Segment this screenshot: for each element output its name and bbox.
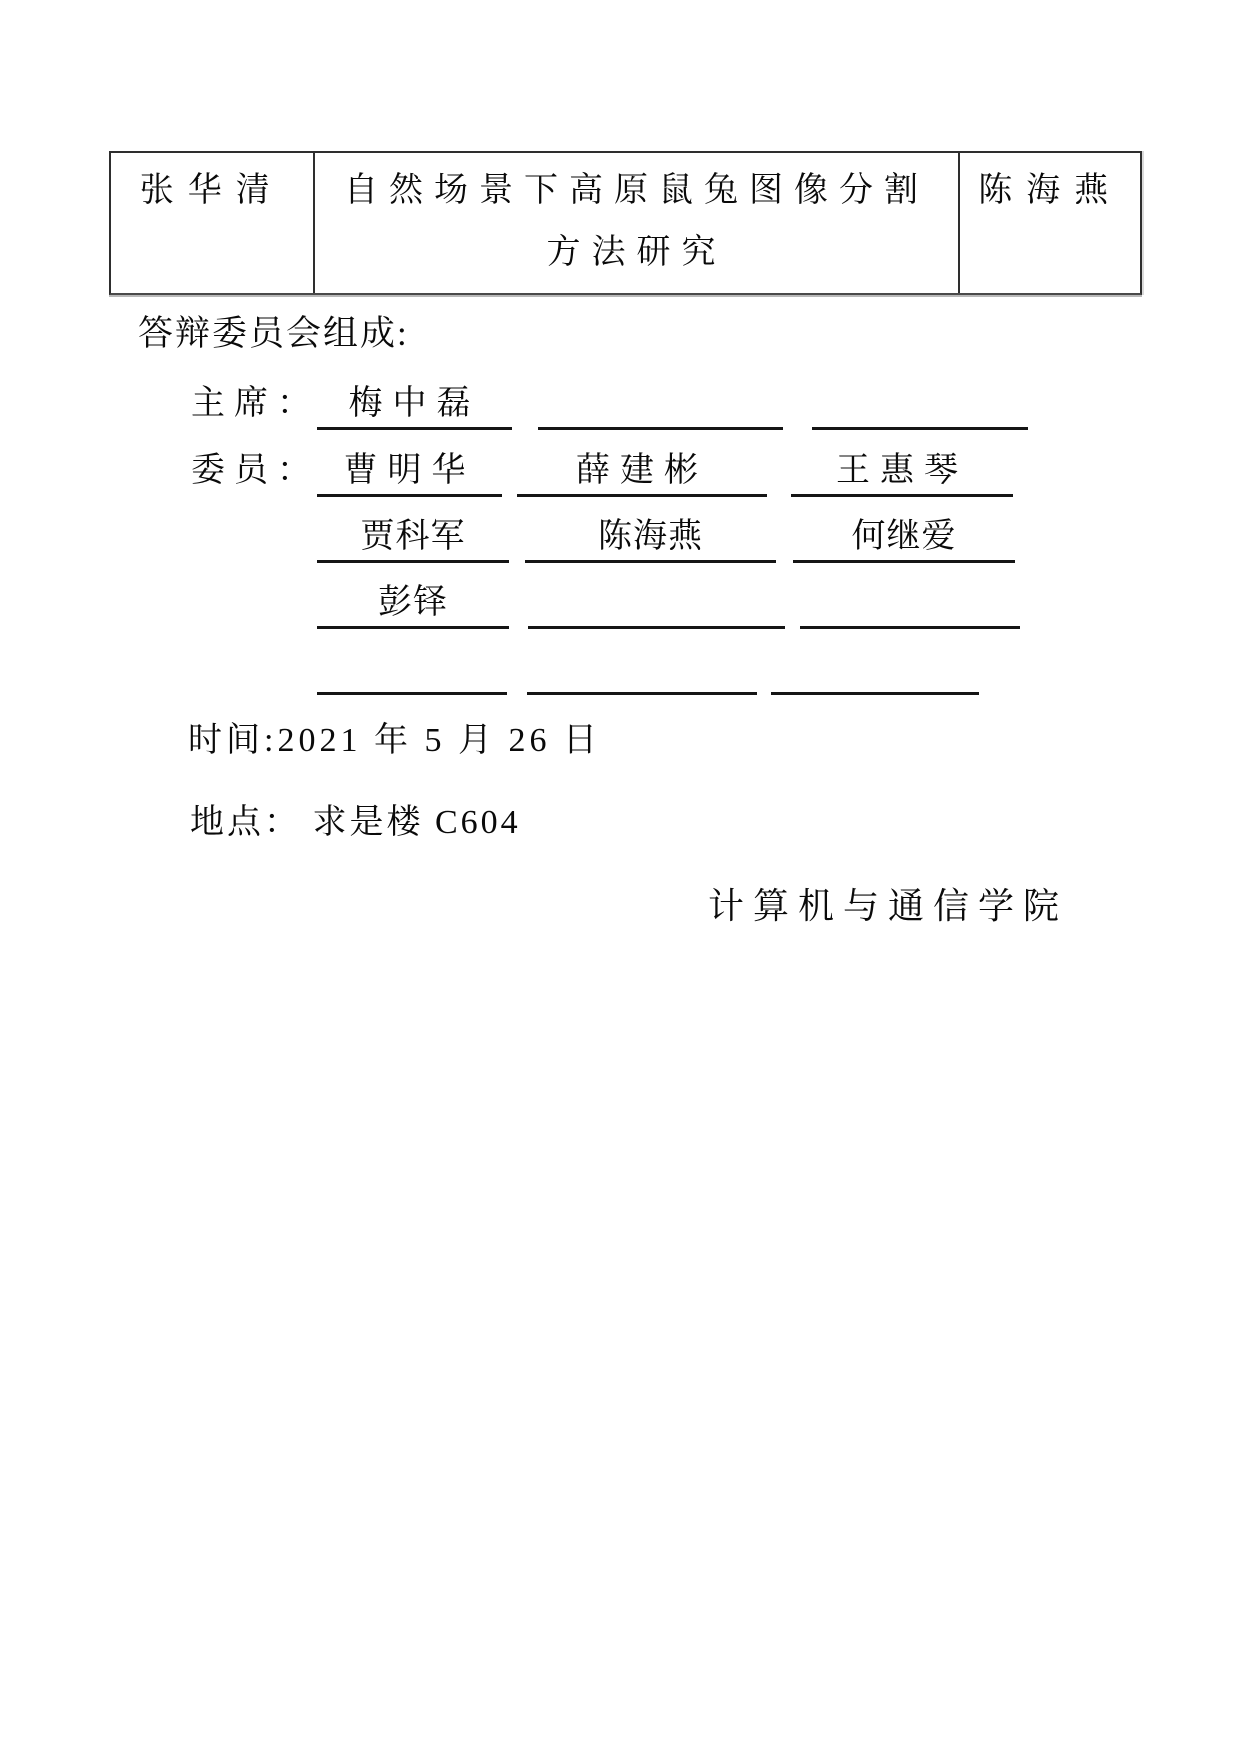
thesis-title-line1: 自然场景下高原鼠兔图像分割 bbox=[344, 172, 929, 209]
signature-line-blank bbox=[800, 576, 1020, 629]
thesis-info-table: 张华清 自然场景下高原鼠兔图像分割 方法研究 陈海燕 bbox=[109, 151, 1142, 295]
member-name-slot: 陈海燕 bbox=[525, 510, 776, 563]
chair-name: 梅中磊 bbox=[349, 375, 481, 424]
committee-heading: 答辩委员会组成: bbox=[138, 306, 409, 356]
chair-name-slot: 梅中磊 bbox=[317, 377, 512, 430]
members-row-4 bbox=[0, 645, 1241, 695]
member-name-slot: 贾科军 bbox=[317, 510, 509, 563]
signature-line-blank bbox=[317, 642, 507, 695]
signature-line-blank bbox=[771, 642, 979, 695]
member-name: 薛建彬 bbox=[576, 442, 708, 491]
defense-record-page: 张华清 自然场景下高原鼠兔图像分割 方法研究 陈海燕 答辩委员会组成: 主席： … bbox=[0, 0, 1241, 1755]
member-name: 王惠琴 bbox=[836, 442, 968, 491]
members-label: 委员： bbox=[191, 442, 320, 497]
member-name: 贾科军 bbox=[361, 508, 466, 557]
thesis-title-line2: 方法研究 bbox=[546, 234, 726, 271]
member-name-slot: 王惠琴 bbox=[791, 444, 1013, 497]
member-name-slot: 薛建彬 bbox=[517, 444, 767, 497]
members-row-1: 委员： 曹明华 薛建彬 王惠琴 bbox=[0, 447, 1241, 497]
members-row-2: 贾科军 陈海燕 何继爱 bbox=[0, 513, 1241, 563]
advisor-name-cell: 陈海燕 bbox=[960, 153, 1140, 293]
member-name-slot: 何继爱 bbox=[793, 510, 1015, 563]
student-name-cell: 张华清 bbox=[111, 153, 315, 293]
member-name-slot: 曹明华 bbox=[317, 444, 502, 497]
members-row-3: 彭铎 bbox=[0, 579, 1241, 629]
department-signature: 计算机与通信学院 bbox=[708, 878, 1068, 929]
defense-time: 时间:2021 年 5 月 26 日 bbox=[188, 712, 601, 761]
signature-line-blank bbox=[528, 576, 785, 629]
chair-label: 主席： bbox=[191, 375, 320, 430]
member-name: 何继爱 bbox=[852, 508, 957, 557]
member-name-slot: 彭铎 bbox=[317, 576, 509, 629]
signature-line-blank bbox=[812, 377, 1028, 430]
thesis-title-cell: 自然场景下高原鼠兔图像分割 方法研究 bbox=[315, 153, 961, 293]
member-name: 曹明华 bbox=[344, 442, 476, 491]
advisor-name: 陈海燕 bbox=[978, 172, 1122, 209]
student-name: 张华清 bbox=[140, 172, 284, 209]
signature-line-blank bbox=[527, 642, 757, 695]
signature-line-blank bbox=[538, 377, 783, 430]
member-name: 陈海燕 bbox=[598, 508, 703, 557]
member-name: 彭铎 bbox=[378, 574, 448, 623]
chair-row: 主席： 梅中磊 bbox=[0, 380, 1241, 430]
defense-location: 地点： 求是楼 C604 bbox=[190, 794, 521, 843]
